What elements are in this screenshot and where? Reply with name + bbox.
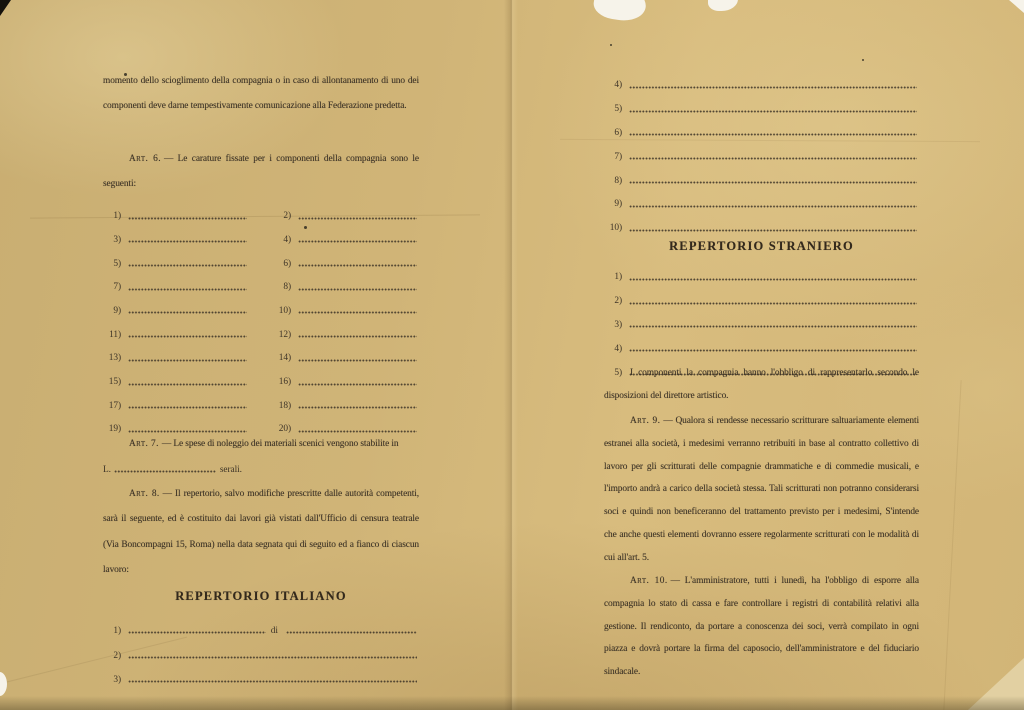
carature-row-left: 1) — [103, 199, 249, 223]
amount-suffix: serali. — [218, 466, 242, 476]
dotted-line — [114, 470, 216, 473]
item-number: 9) — [604, 200, 626, 210]
torn-corner-white — [1009, 0, 1024, 13]
item-number: 4) — [604, 81, 626, 91]
carature-row-right: 12) — [273, 317, 419, 341]
carature-row-right: 18) — [273, 389, 419, 413]
carature-row-left: 15) — [103, 365, 249, 389]
ink-speck — [304, 226, 307, 229]
item-number: 15) — [103, 378, 125, 388]
page-right: 4) 5) 6) 7) 8) — [604, 0, 919, 710]
center-fold — [504, 0, 518, 710]
item-number: 4) — [604, 345, 626, 355]
carature-row-right: 2) — [273, 199, 419, 223]
dotted-line — [298, 264, 417, 267]
article-7-text: — Le spese di noleggio dei materiali sce… — [162, 439, 399, 449]
repertorio-italiano-row: 3) — [103, 668, 419, 686]
repertorio-row: 1) — [604, 260, 919, 284]
ink-speck — [610, 44, 612, 46]
item-number: 1) — [604, 273, 626, 283]
dotted-line — [128, 656, 417, 659]
item-number: 8) — [604, 177, 626, 187]
repertorio-row: 3) — [604, 308, 919, 332]
article-7: Art. 7.— Le spese di noleggio dei materi… — [103, 432, 419, 457]
item-number: 16) — [273, 378, 295, 388]
article-9-text: — Qualora si rendesse necessario scrittu… — [604, 416, 919, 563]
article-9-label: Art. 9. — [630, 416, 660, 426]
dotted-line — [629, 86, 917, 89]
article-10-text: — L'amministratore, tutti i lunedì, ha l… — [604, 576, 919, 677]
dotted-line — [298, 383, 417, 386]
dotted-line — [128, 680, 417, 683]
ink-speck — [124, 73, 127, 76]
torn-corner-dark — [0, 0, 11, 16]
page-left: momento dello scioglimento della compagn… — [103, 0, 419, 710]
article-7-label: Art. 7. — [129, 439, 159, 449]
carature-row-left: 7) — [103, 270, 249, 294]
dotted-line — [629, 229, 917, 232]
repertorio-continuation-list: 4) 5) 6) 7) 8) — [604, 68, 919, 235]
repertorio-straniero-list: 1) 2) 3) 4) 5) — [604, 253, 919, 379]
item-number: 12) — [273, 331, 295, 341]
carature-list: 1) 2) 3) 4) 5) — [103, 199, 419, 436]
dotted-line — [629, 349, 917, 352]
carature-row-left: 13) — [103, 341, 249, 365]
article-10-label: Art. 10. — [630, 576, 668, 586]
article-7-amount-line: L. serali. — [103, 460, 419, 476]
dotted-line — [128, 264, 247, 267]
currency-label: L. — [103, 466, 111, 476]
ink-speck — [862, 59, 864, 61]
repertorio-row: 9) — [604, 187, 919, 211]
carature-row-right: 8) — [273, 270, 419, 294]
dotted-line — [298, 359, 417, 362]
dotted-line — [298, 335, 417, 338]
article-8-text: — Il repertorio, salvo modifiche prescri… — [103, 489, 419, 575]
carature-row-left: 3) — [103, 223, 249, 247]
item-number: 11) — [103, 331, 125, 341]
dotted-line — [298, 406, 417, 409]
item-number: 2) — [103, 652, 125, 662]
carature-row-left: 5) — [103, 246, 249, 270]
intro-paragraph: momento dello scioglimento della compagn… — [103, 69, 419, 120]
item-number: 6) — [604, 129, 626, 139]
item-number: 7) — [604, 153, 626, 163]
carature-row-right: 14) — [273, 341, 419, 365]
repertorio-italiano-row: 1) di — [103, 619, 419, 637]
article-6-label: Art. 6. — [129, 154, 161, 164]
dotted-line — [128, 335, 247, 338]
dotted-line — [629, 181, 917, 184]
article-8-label: Art. 8. — [129, 489, 160, 499]
item-number: 2) — [604, 297, 626, 307]
item-number: 9) — [103, 307, 125, 317]
article-6: Art. 6.— Le carature fissate per i compo… — [103, 147, 419, 198]
repertorio-row: 10) — [604, 211, 919, 235]
item-number: 3) — [103, 676, 125, 686]
repertorio-row: 2) — [604, 284, 919, 308]
article-8: Art. 8.— Il repertorio, salvo modifiche … — [103, 482, 419, 584]
dotted-line — [128, 383, 247, 386]
item-number: 2) — [273, 212, 295, 222]
repertorio-row: 4) — [604, 331, 919, 355]
dotted-line — [298, 240, 417, 243]
item-number: 3) — [604, 321, 626, 331]
item-number: 10) — [273, 307, 295, 317]
item-number: 17) — [103, 402, 125, 412]
dotted-line — [128, 240, 247, 243]
paper-crease — [943, 380, 961, 710]
item-number: 18) — [273, 402, 295, 412]
item-number: 6) — [273, 260, 295, 270]
connector-label: di — [268, 627, 283, 637]
repertorio-row: 5) — [604, 92, 919, 116]
dotted-line — [286, 631, 417, 634]
carature-row-right: 16) — [273, 365, 419, 389]
repertorio-italiano-row: 2) — [103, 644, 419, 662]
repertorio-row: 7) — [604, 139, 919, 163]
dotted-line — [128, 288, 247, 291]
dotted-line — [629, 278, 917, 281]
dotted-line — [128, 359, 247, 362]
item-number: 13) — [103, 354, 125, 364]
dotted-line — [629, 157, 917, 160]
item-number: 4) — [273, 236, 295, 246]
dotted-line — [298, 217, 417, 220]
dotted-line — [629, 325, 917, 328]
torn-edge-notch — [0, 672, 7, 696]
dotted-line — [128, 217, 247, 220]
article-10: Art. 10.— L'amministratore, tutti i lune… — [604, 570, 919, 684]
article-9: Art. 9.— Qualora si rendesse necessario … — [604, 410, 919, 570]
repertorio-row: 4) — [604, 68, 919, 92]
componenti-paragraph: I componenti la compagnia hanno l'obblig… — [604, 362, 919, 408]
repertorio-italiano-heading: REPERTORIO ITALIANO — [103, 589, 419, 604]
dotted-line — [629, 133, 917, 136]
item-number: 1) — [103, 212, 125, 222]
item-number: 5) — [604, 105, 626, 115]
repertorio-row: 6) — [604, 116, 919, 140]
item-number: 8) — [273, 283, 295, 293]
scan-shadow — [0, 696, 1024, 710]
carature-row-right: 6) — [273, 246, 419, 270]
carature-row-left: 9) — [103, 294, 249, 318]
item-number: 5) — [103, 260, 125, 270]
dotted-line — [128, 406, 247, 409]
repertorio-straniero-heading: REPERTORIO STRANIERO — [604, 239, 919, 254]
item-number: 3) — [103, 236, 125, 246]
item-number: 14) — [273, 354, 295, 364]
item-number: 1) — [103, 627, 125, 637]
item-number: 7) — [103, 283, 125, 293]
dotted-line — [298, 288, 417, 291]
dotted-line — [298, 311, 417, 314]
dotted-line — [629, 205, 917, 208]
carature-row-left: 11) — [103, 317, 249, 341]
carature-row-left: 17) — [103, 389, 249, 413]
paper-sheet: momento dello scioglimento della compagn… — [0, 0, 1024, 710]
dotted-line — [128, 631, 266, 634]
dotted-line — [629, 302, 917, 305]
carature-row-right: 10) — [273, 294, 419, 318]
dotted-line — [629, 110, 917, 113]
item-number: 10) — [604, 224, 626, 234]
carature-row-right: 4) — [273, 223, 419, 247]
repertorio-row: 8) — [604, 163, 919, 187]
dotted-line — [128, 311, 247, 314]
